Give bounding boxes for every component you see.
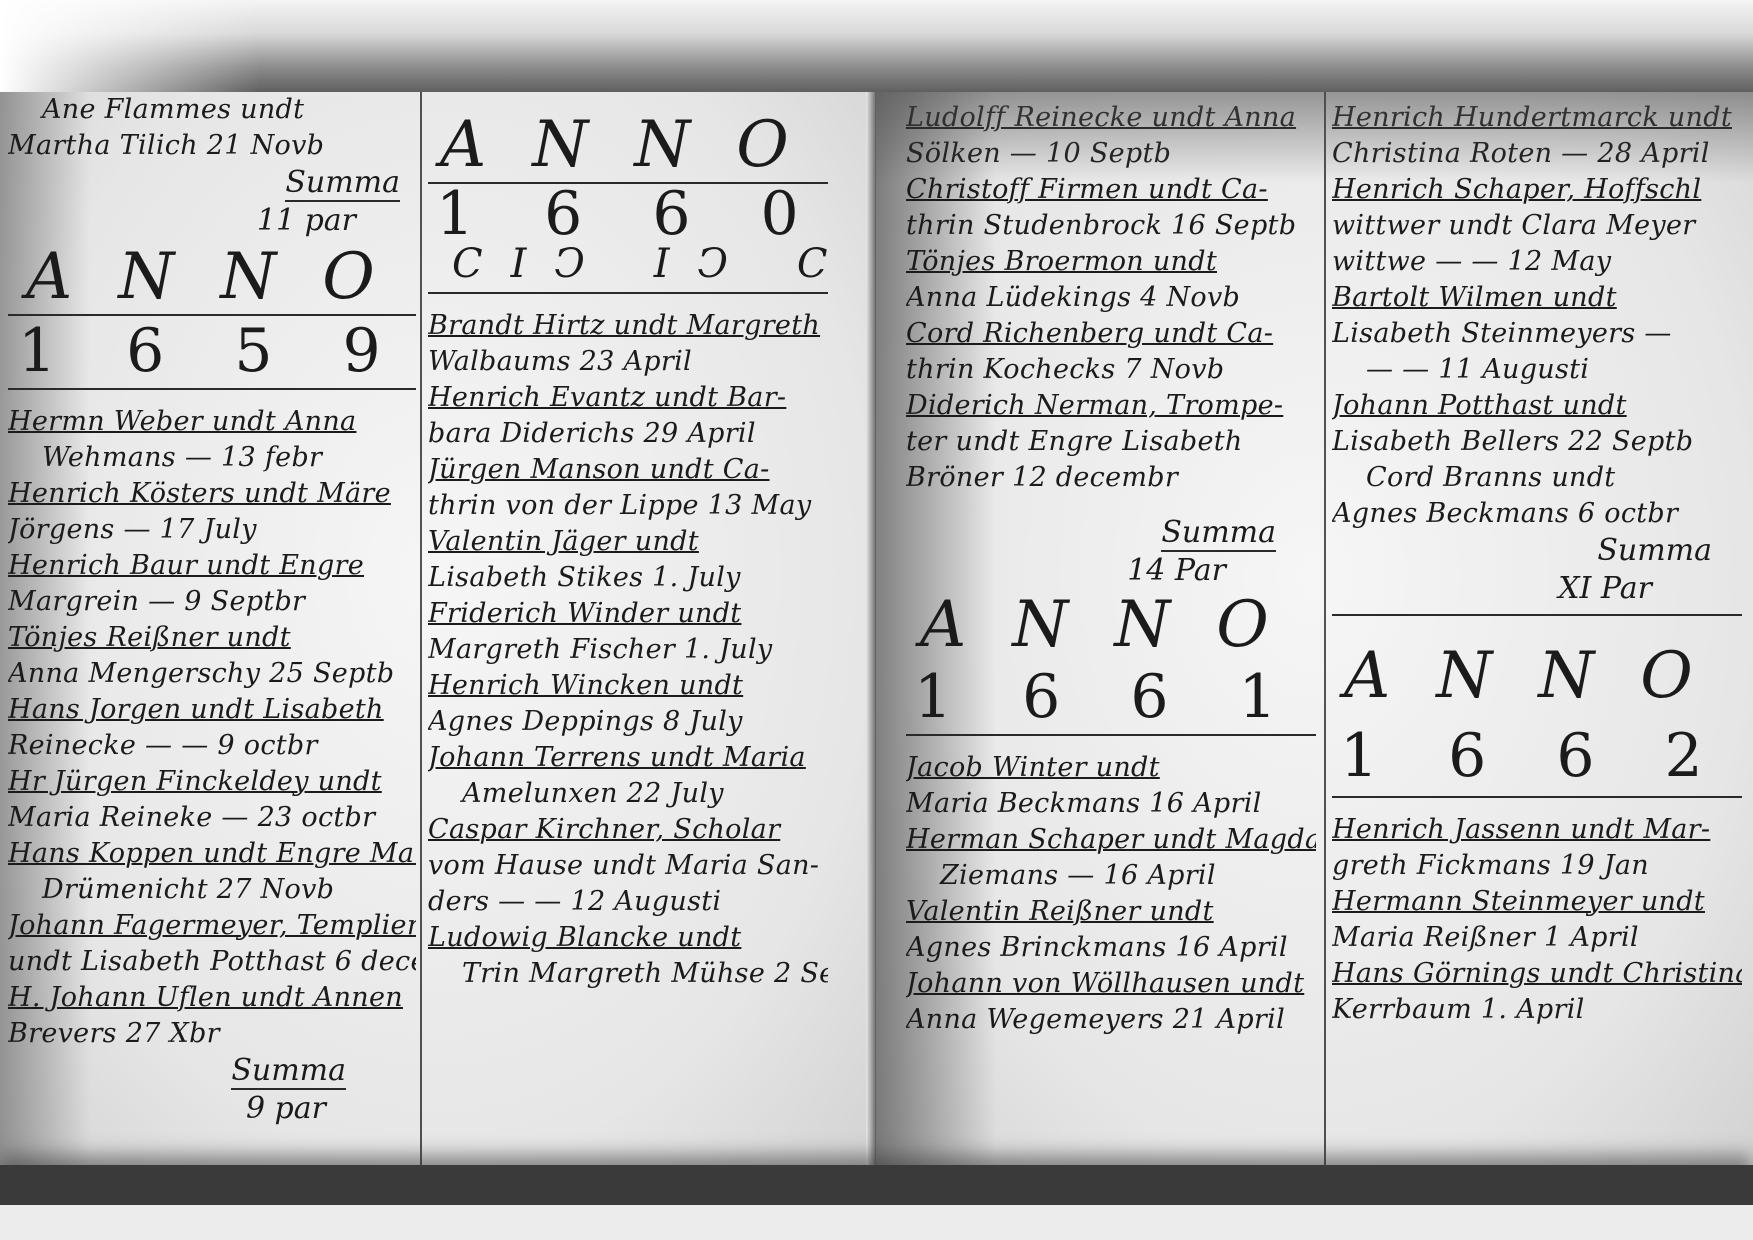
entry-bride-line: Kerrbaum 1. April	[1332, 992, 1742, 1028]
entry-bride-line: Trin Margreth Mühse 2 Septbr	[428, 956, 828, 992]
entry-bride-line: Maria Reineke — 23 octbr	[8, 800, 416, 836]
register-column-1662: Henrich Hundertmarck undt Christina Rote…	[1332, 100, 1742, 1028]
entry: Henrich Hundertmarck undt Christina Rote…	[1332, 100, 1742, 172]
entry-bride-line: Walbaums 23 April	[428, 344, 828, 380]
entry-groom-line: Christoff Firmen undt Ca-	[906, 172, 1316, 208]
entry: Tönjes Reißner undt Anna Mengerschy 25 S…	[8, 620, 416, 692]
entry-groom-line: Hans Görnings undt Christina	[1332, 956, 1742, 992]
entry-bride-line: Lisabeth Steinmeyers —	[1332, 316, 1742, 352]
entry-groom-line: Johann Fagermeyer, Templierer	[8, 908, 416, 944]
entry-groom-line: Ludolff Reinecke undt Anna	[906, 100, 1316, 136]
entry-bride-line: Maria Beckmans 16 April	[906, 786, 1316, 822]
entry-groom-line: Henrich Jassenn undt Mar-	[1332, 812, 1742, 848]
entry: Johann Terrens undt Maria Amelunxen 22 J…	[428, 740, 828, 812]
entry-groom-line: Caspar Kirchner, Scholar	[428, 812, 828, 848]
anno-heading: ANNO	[8, 242, 416, 316]
entry-bride-line: Jörgens — 17 July	[8, 512, 416, 548]
anno-year: 1662	[1332, 716, 1742, 798]
entry-groom-line: Henrich Schaper, Hoffschl	[1332, 172, 1742, 208]
anno-heading: ANNO	[906, 590, 1316, 662]
entry-bride-line: Lisabeth Stikes 1. July	[428, 560, 828, 596]
scan-bottom-shadow	[0, 1165, 1753, 1205]
entry-bride-line: Wehmans — 13 febr	[8, 440, 416, 476]
entry-groom-line: Valentin Jäger undt	[428, 524, 828, 560]
entry-groom-line: Bartolt Wilmen undt	[1332, 280, 1742, 316]
entry: Henrich Baur undt Engre Margrein — 9 Sep…	[8, 548, 416, 620]
entry: Bartolt Wilmen undt Lisabeth Steinmeyers…	[1332, 280, 1742, 388]
entry-groom-line: Tönjes Broermon undt	[906, 244, 1316, 280]
anno-year: 1661	[906, 662, 1316, 736]
entry: H. Johann Uflen undt Annen Brevers 27 Xb…	[8, 980, 416, 1052]
entry-groom-line: Johann Potthast undt	[1332, 388, 1742, 424]
entry-bride-line: Anna Mengerschy 25 Septb	[8, 656, 416, 692]
entry: Cord Richenberg undt Ca- thrin Kochecks …	[906, 316, 1316, 388]
entry-date-line: — — 11 Augusti	[1332, 352, 1742, 388]
entry-groom-line: Diderich Nerman, Trompe-	[906, 388, 1316, 424]
entry: Brandt Hirtz undt Margreth Walbaums 23 A…	[428, 308, 828, 380]
entry: Christoff Firmen undt Ca- thrin Studenbr…	[906, 172, 1316, 244]
entry-bride-line: Agnes Beckmans 6 octbr	[1332, 496, 1742, 532]
entry-bride-line: thrin Studenbrock 16 Septb	[906, 208, 1316, 244]
entry-bride-line: Drümenicht 27 Novb	[8, 872, 416, 908]
entry: Hermann Steinmeyer undt Maria Reißner 1 …	[1332, 884, 1742, 956]
entry-groom-line: Hans Jorgen undt Lisabeth	[8, 692, 416, 728]
entry: Henrich Wincken undt Agnes Deppings 8 Ju…	[428, 668, 828, 740]
entry-bride-line: wittwer undt Clara Meyer	[1332, 208, 1742, 244]
entry-bride-line: Anna Lüdekings 4 Novb	[906, 280, 1316, 316]
entry-groom-line: Henrich Kösters undt Märe	[8, 476, 416, 512]
entry: Hans Koppen undt Engre Maria Drümenicht …	[8, 836, 416, 908]
entry: Johann Fagermeyer, Templierer undt Lisab…	[8, 908, 416, 980]
entry: Hans Jorgen undt Lisabeth Reinecke — — 9…	[8, 692, 416, 764]
entry-groom-line: Cord Richenberg undt Ca-	[906, 316, 1316, 352]
entry-groom-line: Herman Schaper undt Magdalen	[906, 822, 1316, 858]
scan-bottom-margin	[0, 1205, 1753, 1240]
entry-bride-line: Maria Reißner 1 April	[1332, 920, 1742, 956]
entry-groom-line: Cord Branns undt	[1332, 460, 1742, 496]
anno-year-roman: CIↃ IↃ C L X	[428, 240, 828, 294]
entry: Hermn Weber undt Anna Wehmans — 13 febr	[8, 404, 416, 476]
right-page: Ludolff Reinecke undt Anna Sölken — 10 S…	[876, 92, 1753, 1167]
entry-groom-line: Jacob Winter undt	[906, 750, 1316, 786]
entry: Jürgen Manson undt Ca- thrin von der Lip…	[428, 452, 828, 524]
entry-bride-line: Anna Wegemeyers 21 April	[906, 1002, 1316, 1038]
entry-bride-line: Ziemans — 16 April	[906, 858, 1316, 894]
entry-bride-line: Lisabeth Bellers 22 Septb	[1332, 424, 1742, 460]
entry-date-line: Bröner 12 decembr	[906, 460, 1316, 496]
anno-year: 1660	[428, 184, 828, 240]
column-rule	[1324, 92, 1326, 1167]
entry: Henrich Kösters undt Märe Jörgens — 17 J…	[8, 476, 416, 548]
entry: Caspar Kirchner, Scholar vom Hause undt …	[428, 812, 828, 920]
entry-groom-line: Hans Koppen undt Engre Maria	[8, 836, 416, 872]
entry-groom-line: Tönjes Reißner undt	[8, 620, 416, 656]
entry: Diderich Nerman, Trompe- ter undt Engre …	[906, 388, 1316, 496]
register-column-1661: Ludolff Reinecke undt Anna Sölken — 10 S…	[906, 100, 1316, 1038]
entry: Tönjes Broermon undt Anna Lüdekings 4 No…	[906, 244, 1316, 316]
anno-heading: ANNO	[1332, 636, 1742, 716]
entry-groom-line: Johann Terrens undt Maria	[428, 740, 828, 776]
entry-groom-line: Jürgen Manson undt Ca-	[428, 452, 828, 488]
entry-bride-line: Christina Roten — 28 April	[1332, 136, 1742, 172]
entry-groom-line: Henrich Evantz undt Bar-	[428, 380, 828, 416]
entry: Henrich Jassenn undt Mar- greth Fickmans…	[1332, 812, 1742, 884]
entry-bride-line: undt Lisabeth Potthast 6 decemb	[8, 944, 416, 980]
entry: Henrich Evantz undt Bar- bara Diderichs …	[428, 380, 828, 452]
entry-bride-line: Agnes Deppings 8 July	[428, 704, 828, 740]
entry-bride-line: Margreth Fischer 1. July	[428, 632, 828, 668]
entry: Johann von Wöllhausen undt Anna Wegemeye…	[906, 966, 1316, 1038]
entry: Jacob Winter undt Maria Beckmans 16 Apri…	[906, 750, 1316, 822]
entry: Ludowig Blancke undt Trin Margreth Mühse…	[428, 920, 828, 992]
entry-groom-line: Ludowig Blancke undt	[428, 920, 828, 956]
entry: Valentin Reißner undt Agnes Brinckmans 1…	[906, 894, 1316, 966]
entry: Cord Branns undt Agnes Beckmans 6 octbr	[1332, 460, 1742, 532]
entry: Johann Potthast undt Lisabeth Bellers 22…	[1332, 388, 1742, 460]
entry: Henrich Schaper, Hoffschl wittwer undt C…	[1332, 172, 1742, 280]
entry-groom-line: Valentin Reißner undt	[906, 894, 1316, 930]
carryover-line: Ane Flammes undt	[8, 92, 416, 128]
entry-groom-line: Brandt Hirtz undt Margreth	[428, 308, 828, 344]
entry-groom-line: H. Johann Uflen undt Annen	[8, 980, 416, 1016]
scan-top-shadow	[0, 0, 1753, 95]
entry-bride-line: ter undt Engre Lisabeth	[906, 424, 1316, 460]
register-column-1659: Ane Flammes undt Martha Tilich 21 Novb S…	[8, 92, 416, 1128]
entry-bride-line: Reinecke — — 9 octbr	[8, 728, 416, 764]
carryover-line: Martha Tilich 21 Novb	[8, 128, 416, 164]
entry: Friderich Winder undt Margreth Fischer 1…	[428, 596, 828, 668]
entry-groom-line: Henrich Hundertmarck undt	[1332, 100, 1742, 136]
anno-heading: ANNO	[428, 110, 828, 184]
summa-value: XI Par	[1332, 570, 1742, 616]
entry-date-line: wittwe — — 12 May	[1332, 244, 1742, 280]
entry-groom-line: Hermann Steinmeyer undt	[1332, 884, 1742, 920]
entry: Hr Jürgen Finckeldey undt Maria Reineke …	[8, 764, 416, 836]
entry: Valentin Jäger undt Lisabeth Stikes 1. J…	[428, 524, 828, 596]
entry-bride-line: bara Diderichs 29 April	[428, 416, 828, 452]
entry-bride-line: greth Fickmans 19 Jan	[1332, 848, 1742, 884]
entry-groom-line: Johann von Wöllhausen undt	[906, 966, 1316, 1002]
entry-groom-line: Henrich Baur undt Engre	[8, 548, 416, 584]
entry-groom-line: Hr Jürgen Finckeldey undt	[8, 764, 416, 800]
summa-label: Summa	[8, 164, 416, 202]
entry: Hans Görnings undt Christina Kerrbaum 1.…	[1332, 956, 1742, 1028]
summa-value: 14 Par	[906, 552, 1316, 590]
entry-groom-line: Henrich Wincken undt	[428, 668, 828, 704]
entry-bride-line: vom Hause undt Maria San-	[428, 848, 828, 884]
left-page: Ane Flammes undt Martha Tilich 21 Novb S…	[0, 92, 876, 1167]
entry-bride-line: thrin Kochecks 7 Novb	[906, 352, 1316, 388]
summa-value: 9 par	[8, 1090, 416, 1128]
summa-label: Summa	[1332, 532, 1742, 570]
entry-bride-line: Sölken — 10 Septb	[906, 136, 1316, 172]
summa-label: Summa	[906, 514, 1316, 552]
entry-groom-line: Friderich Winder undt	[428, 596, 828, 632]
entry-bride-line: Margrein — 9 Septbr	[8, 584, 416, 620]
register-column-1660: ANNO 1660 CIↃ IↃ C L X Brandt Hirtz undt…	[428, 110, 828, 992]
summa-label: Summa	[8, 1052, 416, 1090]
anno-year: 1659	[8, 316, 416, 390]
entry-bride-line: Brevers 27 Xbr	[8, 1016, 416, 1052]
entry-date-line: ders — — 12 Augusti	[428, 884, 828, 920]
entry-groom-line: Hermn Weber undt Anna	[8, 404, 416, 440]
entry-bride-line: Amelunxen 22 July	[428, 776, 828, 812]
entry: Herman Schaper undt Magdalen Ziemans — 1…	[906, 822, 1316, 894]
entry-bride-line: Agnes Brinckmans 16 April	[906, 930, 1316, 966]
entry: Ludolff Reinecke undt Anna Sölken — 10 S…	[906, 100, 1316, 172]
summa-value: 11 par	[8, 202, 416, 240]
entry-bride-line: thrin von der Lippe 13 May	[428, 488, 828, 524]
